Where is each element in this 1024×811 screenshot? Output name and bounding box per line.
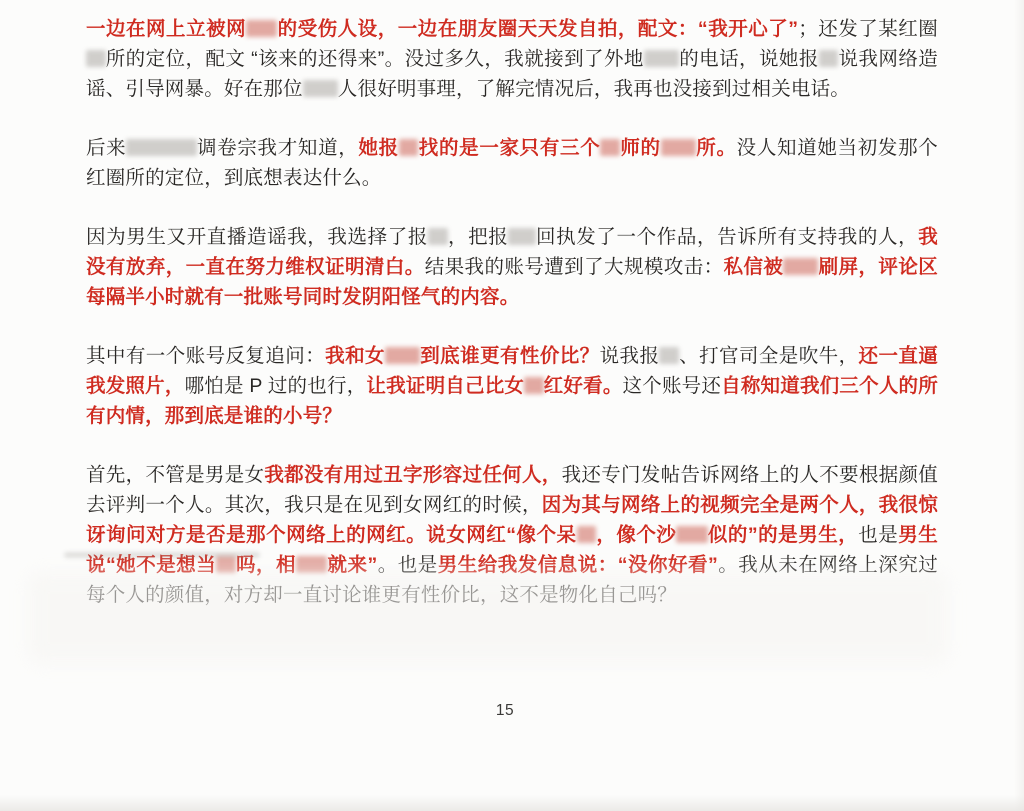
text-segment: 找的是一家只有三个 <box>418 137 600 159</box>
text-segment: 这个账号还 <box>623 375 722 397</box>
redacted-text <box>659 347 679 364</box>
text-segment: 因为男生又开直播造谣我，我选择了报 <box>86 226 428 248</box>
redacted-text <box>577 526 597 543</box>
text-segment: 一边在网上立被网 <box>86 18 246 40</box>
text-segment: 人很好明事理，了解完情况后，我再也没接到过相关电话。 <box>338 78 850 100</box>
text-segment: 也是 <box>858 524 898 546</box>
redacted-text <box>644 50 679 67</box>
paragraph: 后来调卷宗我才知道，她报找的是一家只有三个师的所。没人知道她当初发那个红圈所的定… <box>86 133 938 193</box>
redacted-text <box>86 50 106 67</box>
text-segment: 回执发了一个作品，告诉所有支持我的人， <box>536 226 919 248</box>
text-segment: 首先，不管是男是女 <box>86 464 264 486</box>
redacted-text <box>216 556 236 573</box>
photo-edge-bottom <box>0 795 1024 811</box>
redacted-text <box>661 139 696 156</box>
page-number: 15 <box>0 702 1010 720</box>
text-segment: 、打官司全是吹牛， <box>679 345 859 367</box>
redacted-text <box>600 139 620 156</box>
redacted-text <box>783 258 818 275</box>
document-body: 一边在网上立被网的受伤人设，一边在朋友圈天天发自拍，配文：“我开心了”；还发了某… <box>86 14 938 639</box>
document-page: 一边在网上立被网的受伤人设，一边在朋友圈天天发自拍，配文：“我开心了”；还发了某… <box>0 0 1024 811</box>
text-segment: 结果我的账号遭到了大规模攻击： <box>425 256 724 278</box>
text-segment: ；还发了某红圈 <box>798 18 938 40</box>
redacted-text <box>126 139 196 156</box>
text-segment: 所的定位，配文 “该来的还得来”。没过多久，我就接到了外地 <box>106 48 644 70</box>
photo-shading <box>28 572 948 664</box>
text-segment: 私信被 <box>724 256 784 278</box>
text-segment: ，把报 <box>448 226 509 248</box>
text-segment: 到底谁更有性价比？ <box>420 345 600 367</box>
text-segment: 似的”的是男生， <box>708 524 859 546</box>
photo-edge-right <box>1014 0 1024 811</box>
redacted-text <box>399 139 419 156</box>
text-segment: 后来 <box>86 137 126 159</box>
redacted-text <box>676 526 707 543</box>
text-segment: 我和女 <box>325 345 385 367</box>
paragraph: 因为男生又开直播造谣我，我选择了报，把报回执发了一个作品，告诉所有支持我的人，我… <box>86 222 938 312</box>
text-segment: 让我证明自己比女 <box>366 375 524 397</box>
redacted-text <box>385 347 420 364</box>
paragraph: 其中有一个账号反复追问：我和女到底谁更有性价比？说我报、打官司全是吹牛，还一直逼… <box>86 341 938 431</box>
text-segment: 我都没有用过丑字形容过任何人， <box>264 464 561 486</box>
text-segment: 的受伤人设，一边在朋友圈天天发自拍，配文：“我开心了” <box>277 18 798 40</box>
redacted-text <box>296 556 327 573</box>
text-segment: 所。 <box>696 137 737 159</box>
text-segment: 说我报 <box>600 345 660 367</box>
text-segment: 红好看。 <box>544 375 623 397</box>
text-segment: ，像个沙 <box>596 524 676 546</box>
faded-text-remnant <box>64 552 260 558</box>
redacted-text <box>428 228 448 245</box>
redacted-text <box>524 377 544 394</box>
text-segment: 调卷宗我才知道， <box>197 137 359 159</box>
text-segment: 哪怕是 P 过的也行， <box>185 375 367 397</box>
text-segment: 的电话，说她报 <box>679 48 819 70</box>
redacted-text <box>819 50 839 67</box>
redacted-text <box>246 20 277 37</box>
redacted-text <box>508 228 535 245</box>
redacted-text <box>303 80 338 97</box>
paragraph: 一边在网上立被网的受伤人设，一边在朋友圈天天发自拍，配文：“我开心了”；还发了某… <box>86 14 938 104</box>
text-segment: 她报 <box>358 137 398 159</box>
text-segment: 其中有一个账号反复追问： <box>86 345 325 367</box>
text-segment: 师的 <box>620 137 661 159</box>
